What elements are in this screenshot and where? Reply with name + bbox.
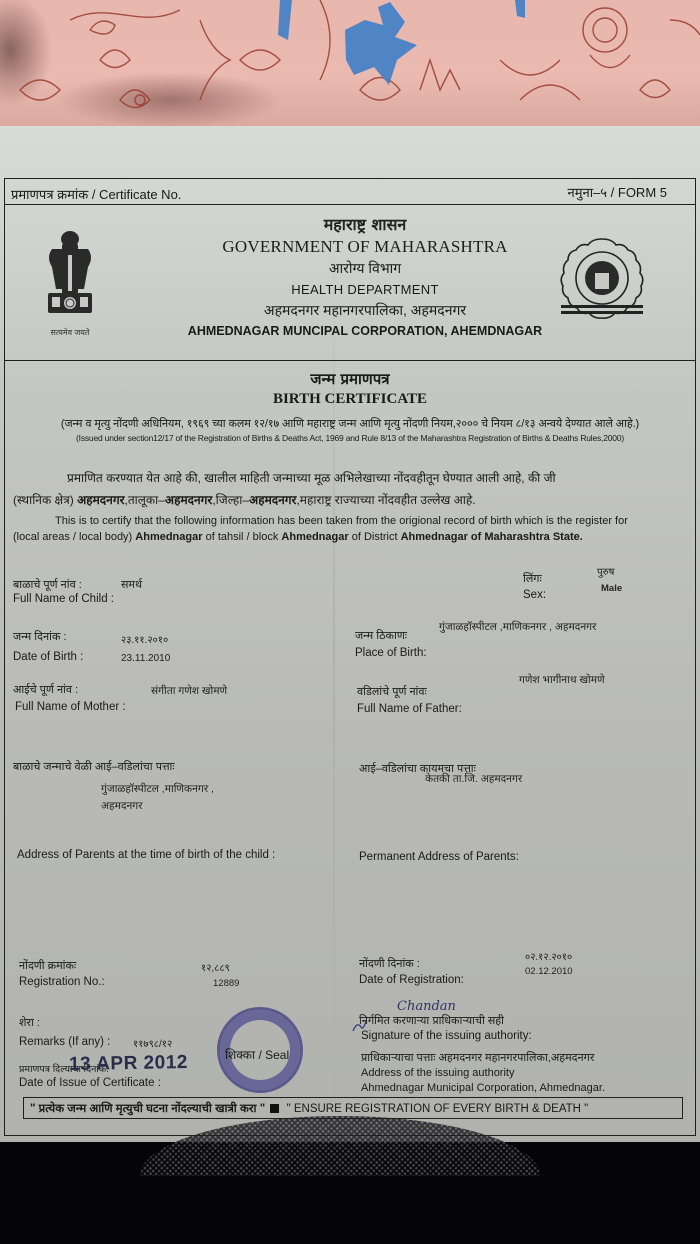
father-name-value: गणेश भागीनाथ खोमणे [519, 673, 605, 687]
registration-no-label-en: Registration No.: [19, 976, 105, 988]
issue-date-stamp: 13 APR 2012 [69, 1052, 188, 1076]
certificate-frame: प्रमाणपत्र क्रमांक / Certificate No. नमु… [4, 178, 696, 1136]
certification-marathi-line2: (स्थानिक क्षेत्र) अहमदनगर,तालूका–अहमदनगर… [13, 489, 693, 511]
certification-english-line2: (local areas / local body) Ahmednagar of… [13, 529, 693, 545]
state-suffix: ,महाराष्ट्र राज्याच्या नोंदवहीत उल्लेख आ… [296, 493, 475, 507]
state-name-english: GOVERNMENT OF MAHARASHTRA [125, 237, 605, 257]
mother-name-value: संगीता गणेश खोमणे [151, 684, 227, 698]
place-of-birth-label-mr: जन्म ठिकाणः [355, 628, 407, 643]
ashoka-emblem: सत्यमेव जयते [35, 229, 105, 349]
registration-date-value-en: 02.12.2010 [525, 966, 573, 977]
address-at-birth-label-mr: बाळाचे जन्माचे वेळी आई–वडिलांचा पत्ताः [13, 759, 175, 774]
sex-label-mr: लिंगः [523, 571, 542, 586]
permanent-address-label-en: Permanent Address of Parents: [359, 851, 519, 863]
sex-value-en: Male [601, 583, 622, 594]
place-of-birth-value: गुंजाळहॉस्पीटल ,माणिकनगर , अहमदनगर [439, 620, 596, 634]
district-label: ,जिल्हा– [212, 493, 249, 507]
address-at-birth-value-line2: अहमदनगर [101, 799, 143, 813]
dob-label-en: Date of Birth : [13, 651, 83, 663]
certification-statement-english: This is to certify that the following in… [13, 513, 693, 545]
district-value: अहमदनगर [249, 493, 296, 507]
sex-value-mr: पुरुष [597, 564, 614, 578]
corporation-marathi: अहमदनगर महानगरपालिका, अहमदनगर [125, 301, 605, 320]
remarks-value: ११७९८/१२ [133, 1036, 172, 1050]
municipal-corporation-logo-icon [557, 235, 647, 325]
certification-marathi-line1: प्रमाणित करण्यात येत आहे की, खालील माहित… [13, 467, 693, 489]
separator-square-icon [270, 1104, 279, 1113]
form-number-label: नमुना–५ / FORM 5 [567, 183, 667, 201]
signature-label-mr: निर्गमित करणाऱ्या प्राधिकाऱ्याची सही [359, 1013, 504, 1028]
authority-signature: Chandan [397, 999, 456, 1014]
title-english: BIRTH CERTIFICATE [5, 391, 695, 408]
registration-date-value-mr: ०२.१२.२०१० [525, 949, 572, 963]
district-label-en: of District [349, 531, 401, 543]
child-name-label-en: Full Name of Child : [13, 593, 114, 605]
state-name-marathi: महाराष्ट्र शासन [125, 213, 605, 235]
permanent-address-value: केतकी ता.जि. अहमदनगर [425, 772, 522, 786]
registration-no-value-en: 12889 [213, 978, 239, 989]
legal-basis-marathi: (जन्म व मृत्यु नोंदणी अधिनियम, १९६९ च्या… [5, 416, 695, 431]
ashoka-emblem-icon [42, 229, 98, 325]
authority-address-value: Ahmednagar Municipal Corporation, Ahmedn… [361, 1082, 605, 1094]
seal-label: शिक्का / Seal [225, 1046, 289, 1063]
department-marathi: आरोग्य विभाग [125, 259, 605, 278]
certification-english-line1: This is to certify that the following in… [13, 513, 693, 529]
registration-slogan-bar: " प्रत्येक जन्म आणि मृत्युची घटना नोंदल्… [23, 1097, 683, 1119]
department-english: HEALTH DEPARTMENT [125, 282, 605, 297]
slogan-marathi: " प्रत्येक जन्म आणि मृत्युची घटना नोंदल्… [30, 1103, 265, 1115]
certificate-header-row: प्रमाणपत्र क्रमांक / Certificate No. नमु… [5, 179, 695, 205]
floral-pattern-icon [0, 0, 700, 128]
dob-value-en: 23.11.2010 [121, 653, 170, 664]
remarks-label-en: Remarks (If any) : [19, 1036, 110, 1048]
local-body-value: Ahmednagar [135, 531, 202, 543]
corporation-english: AHMEDNAGAR MUNCIPAL CORPORATION, AHEMDNA… [125, 324, 605, 338]
emblem-motto: सत्यमेव जयते [35, 327, 105, 338]
local-area-value: अहमदनगर [77, 493, 124, 507]
dob-label-mr: जन्म दिनांक : [13, 629, 67, 644]
father-name-label-mr: वडिलांचे पूर्ण नांवः [357, 684, 427, 699]
remarks-label-mr: शेरा : [19, 1015, 40, 1030]
registration-date-label-mr: नोंदणी दिनांक : [359, 956, 420, 971]
issue-date-label-en: Date of Issue of Certificate : [19, 1077, 161, 1089]
child-name-label-mr: बाळाचे पूर्ण नांव : [13, 577, 82, 592]
registration-no-value-mr: १२,८८९ [201, 960, 230, 974]
sex-label-en: Sex: [523, 589, 546, 601]
father-name-label-en: Full Name of Father: [357, 703, 462, 715]
taluka-label: ,तालूका– [125, 493, 165, 507]
slogan-english: " ENSURE REGISTRATION OF EVERY BIRTH & D… [287, 1103, 589, 1115]
certificate-title-block: जन्म प्रमाणपत्र BIRTH CERTIFICATE (जन्म … [5, 369, 695, 443]
tahsil-value: Ahmednagar [281, 531, 348, 543]
state-value-en: of Maharashtra State. [468, 531, 583, 543]
taluka-value: अहमदनगर [165, 493, 212, 507]
authority-address-label-mr: प्राधिकाऱ्याचा पत्ताः अहमदनगर महानगरपालि… [361, 1050, 594, 1065]
address-at-birth-value-line1: गुंजाळहॉस्पीटल ,माणिकनगर , [101, 782, 214, 796]
issuer-title-block: महाराष्ट्र शासन GOVERNMENT OF MAHARASHTR… [125, 213, 605, 338]
signature-label-en: Signature of the issuing authority: [361, 1030, 532, 1042]
local-area-label: (स्थानिक क्षेत्र) [13, 493, 77, 507]
registration-date-label-en: Date of Registration: [359, 974, 464, 986]
mother-name-label-mr: आईचे पूर्ण नांव : [13, 682, 78, 697]
background-fabric [0, 0, 700, 128]
certification-statement-marathi: प्रमाणित करण्यात येत आहे की, खालील माहित… [13, 467, 693, 511]
municipal-corporation-logo [557, 235, 647, 325]
issuer-header: सत्यमेव जयते महाराष्ट्र शासन GOVERNMENT … [5, 205, 695, 361]
authority-address-label-en: Address of the issuing authority [361, 1067, 514, 1079]
district-value-en: Ahmednagar [401, 531, 468, 543]
certificate-number-label: प्रमाणपत्र क्रमांक / Certificate No. [11, 185, 181, 203]
legal-basis-english: (Issued under section12/17 of the Regist… [5, 433, 695, 443]
child-name-value: समर्थ [121, 577, 142, 592]
dob-value-mr: २३.११.२०१० [121, 632, 168, 646]
place-of-birth-label-en: Place of Birth: [355, 647, 427, 659]
tahsil-label: of tahsil / block [203, 531, 282, 543]
address-at-birth-label-en: Address of Parents at the time of birth … [17, 849, 275, 861]
local-body-label: (local areas / local body) [13, 531, 135, 543]
registration-no-label-mr: नोंदणी क्रमांकः [19, 958, 76, 973]
title-marathi: जन्म प्रमाणपत्र [5, 369, 695, 389]
mother-name-label-en: Full Name of Mother : [15, 701, 126, 713]
